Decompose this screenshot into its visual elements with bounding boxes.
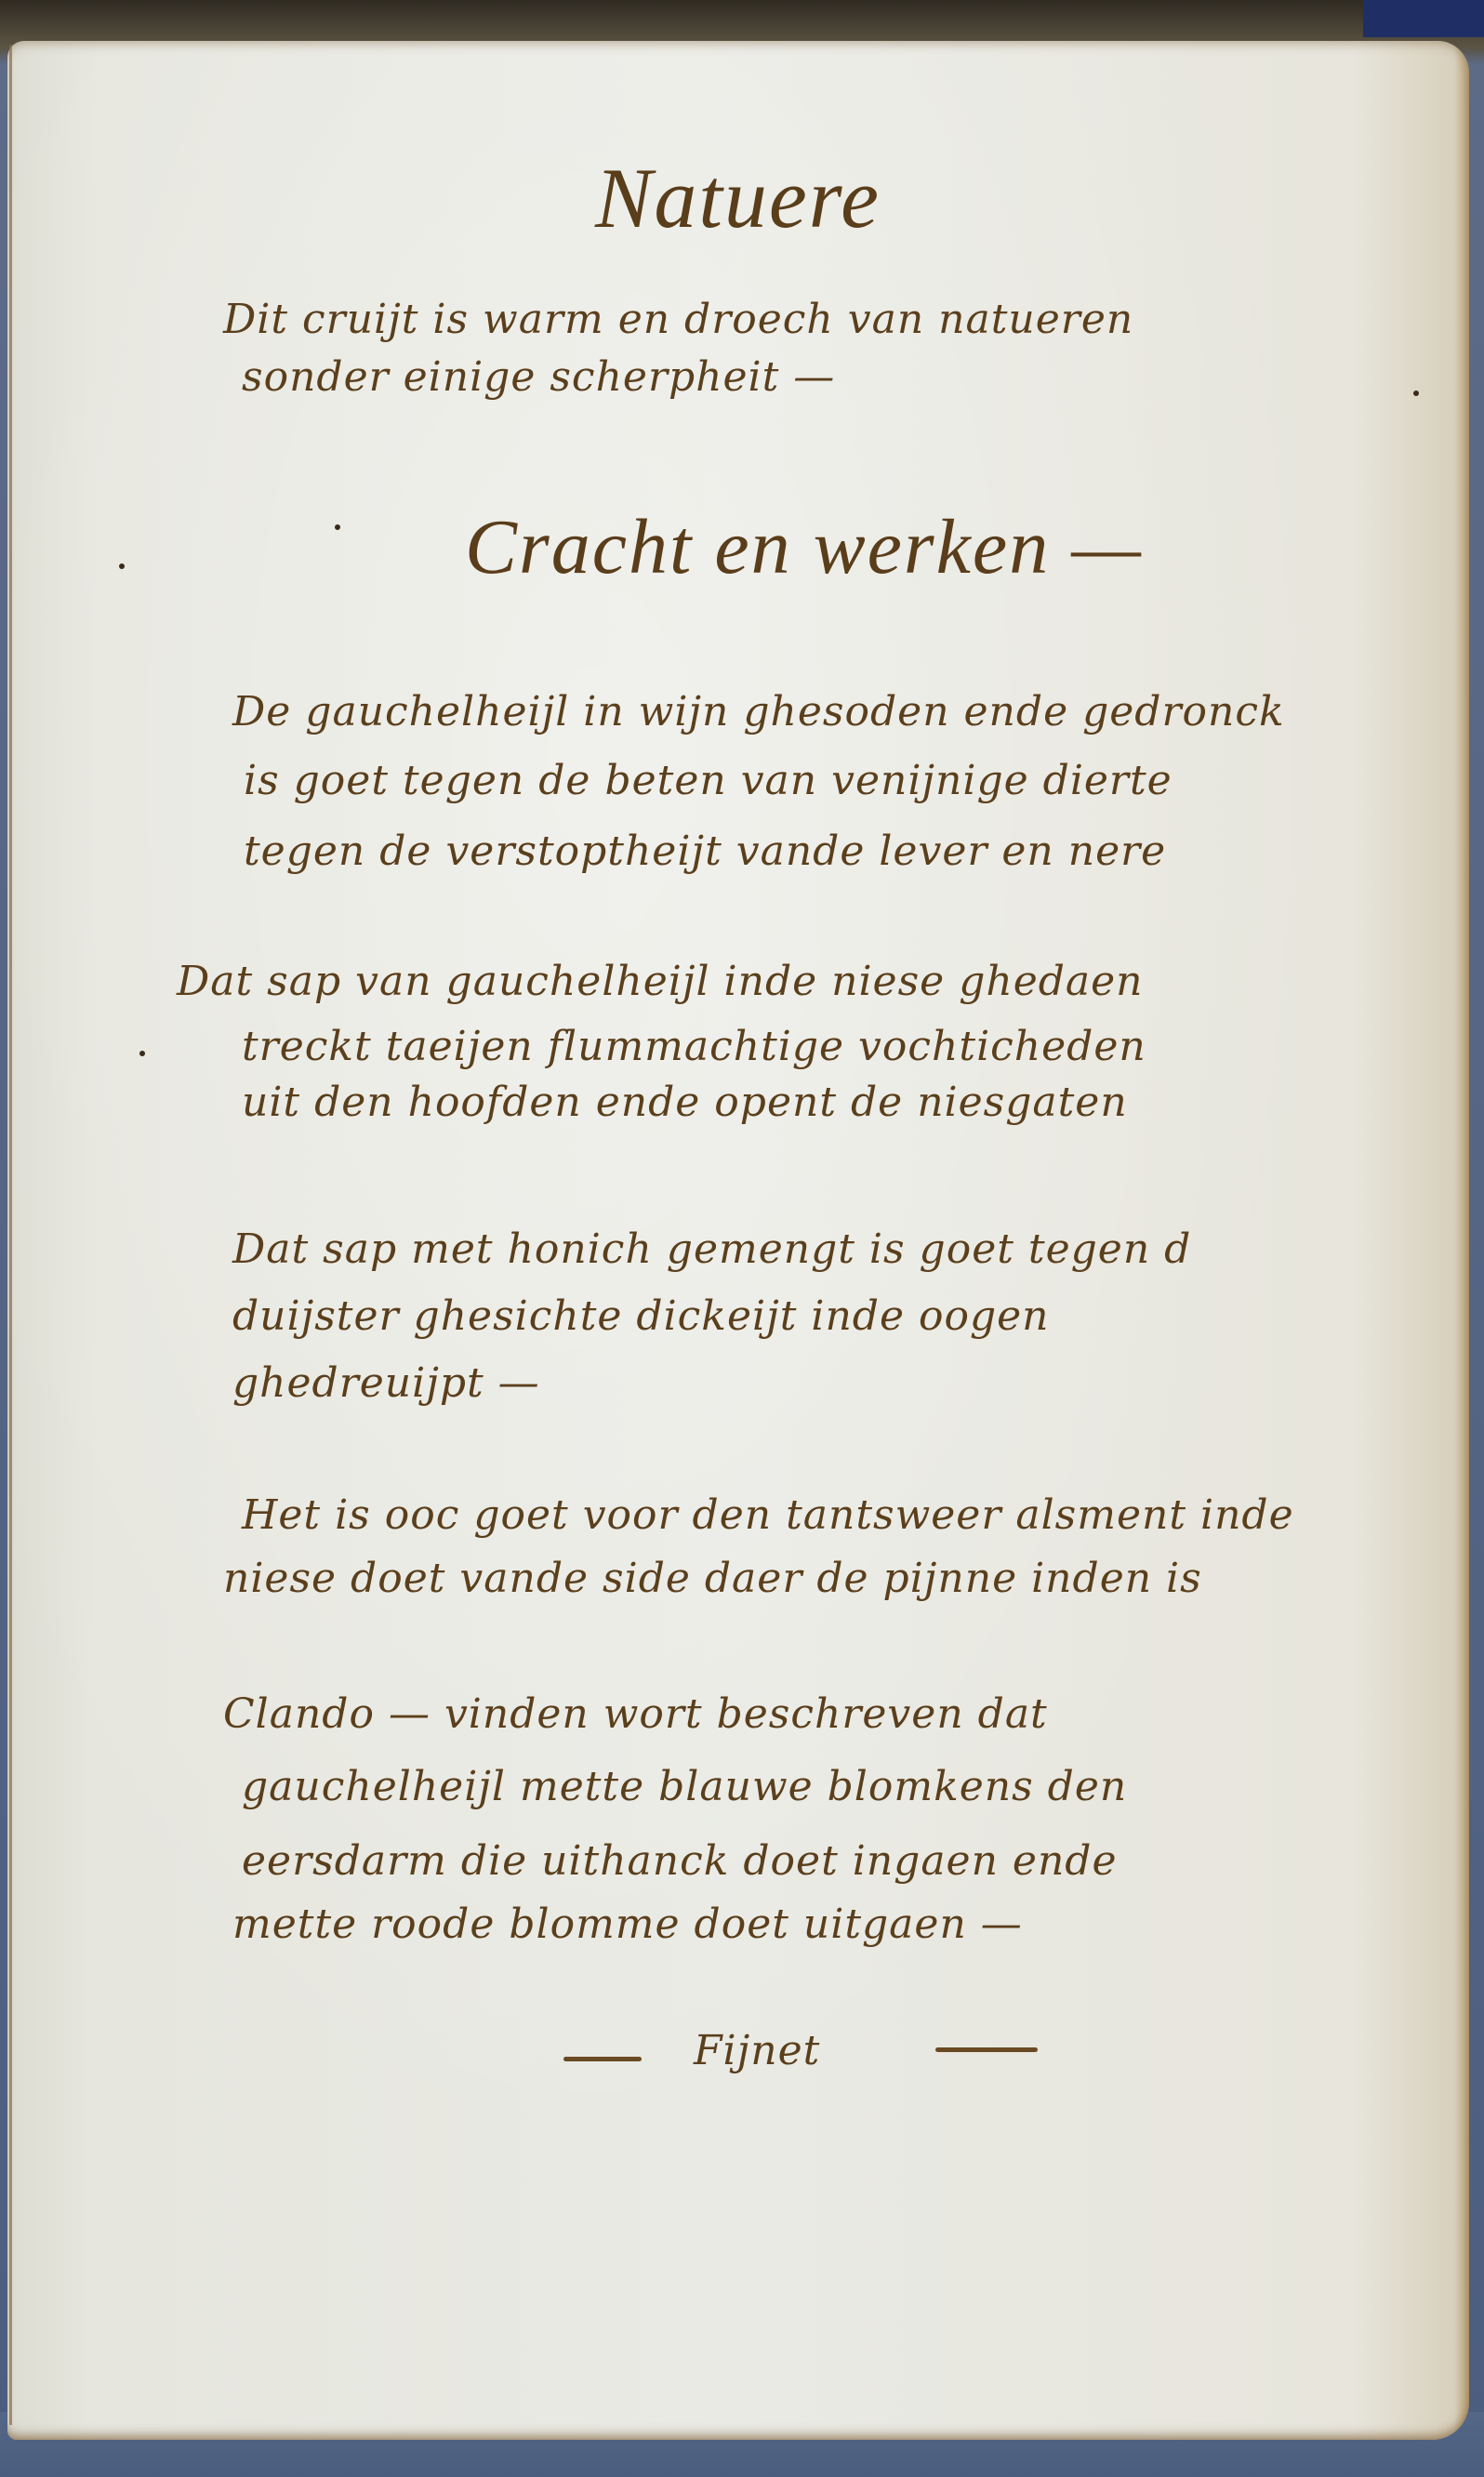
ink-speck bbox=[1413, 391, 1419, 396]
paragraph-1-line-3: tegen de verstoptheijt vande lever en ne… bbox=[244, 828, 1166, 875]
paragraph-5-line-1: Clando — vinden wort beschreven dat bbox=[223, 1690, 1048, 1738]
background-cloth-top bbox=[1363, 0, 1484, 37]
paragraph-2-line-2: treckt taeijen flummachtige vochticheden bbox=[242, 1023, 1146, 1070]
paragraph-5-line-3: eersdarm die uithanck doet ingaen ende bbox=[242, 1837, 1118, 1885]
nature-line-2: sonder einige scherpheit — bbox=[242, 353, 835, 401]
closing-dash-left bbox=[563, 2057, 642, 2061]
nature-line-1: Dit cruijt is warm en droech van natuere… bbox=[223, 296, 1133, 343]
paragraph-5-line-2: gauchelheijl mette blauwe blomkens den bbox=[242, 1763, 1127, 1810]
ink-speck bbox=[119, 563, 125, 569]
closing-word: Fijnet bbox=[694, 2027, 820, 2074]
manuscript-scene: Natuere Dit cruijt is warm en droech van… bbox=[0, 0, 1484, 2477]
paragraph-2-line-3: uit den hoofden ende opent de niesgaten bbox=[242, 1079, 1128, 1126]
paragraph-3-line-3: ghedreuijpt — bbox=[232, 1359, 540, 1407]
paragraph-1-line-1: De gauchelheijl in wijn ghesoden ende ge… bbox=[232, 688, 1285, 735]
heading-cracht-en-werken: Cracht en werken — bbox=[465, 502, 1143, 592]
paragraph-4-line-1: Het is ooc goet voor den tantsweer alsme… bbox=[242, 1491, 1294, 1539]
paragraph-3-line-1: Dat sap met honich gemengt is goet tegen… bbox=[232, 1225, 1191, 1273]
paragraph-5-line-4: mette roode blomme doet uitgaen — bbox=[232, 1901, 1023, 1948]
paragraph-1-line-2: is goet tegen de beten van venijnige die… bbox=[244, 757, 1173, 804]
paragraph-4-line-2: niese doet vande side daer de pijnne ind… bbox=[223, 1555, 1202, 1602]
heading-natuere: Natuere bbox=[595, 149, 881, 247]
ink-speck bbox=[139, 1051, 145, 1056]
paragraph-2-line-1: Dat sap van gauchelheijl inde niese ghed… bbox=[177, 958, 1144, 1005]
ink-speck bbox=[335, 524, 340, 530]
paragraph-3-line-2: duijster ghesichte dickeijt inde oogen bbox=[232, 1292, 1050, 1340]
page-edge bbox=[9, 45, 12, 2425]
closing-dash-right bbox=[935, 2047, 1038, 2052]
